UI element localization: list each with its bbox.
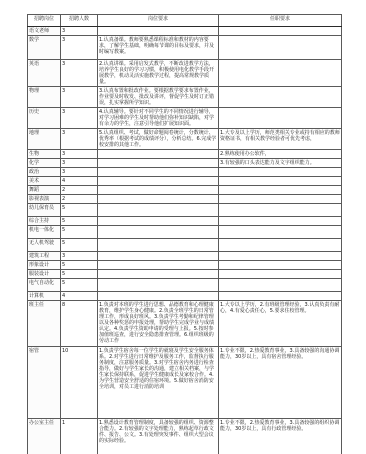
table-row: 生物 3 2.熟练使用办公软件，	[28, 150, 342, 159]
cell-position: 电气自动化	[28, 279, 61, 292]
table-row: 综合主持 5	[28, 217, 342, 226]
table-row: 宿管 10 1.负责学生宿舍每一位学生的就寝及学生安全服务体系。2.对学生进行日…	[28, 347, 342, 419]
cell-qualifications	[219, 239, 342, 252]
table-row: 语文老师 3	[28, 27, 342, 36]
cell-position: 综合主持	[28, 217, 61, 226]
cell-duties	[98, 150, 219, 159]
cell-position: 物理	[28, 87, 61, 108]
table-row: 幼儿保育员 5	[28, 204, 342, 217]
cell-position: 宿管	[28, 347, 61, 419]
cell-headcount: 5	[61, 204, 98, 217]
cell-duties	[98, 217, 219, 226]
cell-headcount: 4	[61, 292, 98, 301]
table-row: 电气自动化 5	[28, 279, 342, 292]
cell-duties: 1.负责对本班的学生进行思想、品德教育和心理健康教育，维护学生身心健康。2.负责…	[98, 301, 219, 347]
cell-qualifications	[219, 60, 342, 87]
cell-position: 化学	[28, 159, 61, 168]
table-row: 数学 3 1.认真备课。教师要熟悉课程标准和教材的内容要求，了解学生基础，明确每…	[28, 36, 342, 60]
cell-qualifications	[219, 279, 342, 292]
cell-qualifications	[219, 27, 342, 36]
cell-position: 幼儿保育员	[28, 204, 61, 217]
cell-qualifications: 2.熟练使用办公软件，	[219, 150, 342, 159]
cell-duties	[98, 279, 219, 292]
table-row: 影视表演 2	[28, 195, 342, 204]
table-row: 化学 3 3.有较强的口头表达能力及文字组织能力。	[28, 159, 342, 168]
cell-position: 历史	[28, 108, 61, 129]
cell-duties: 5.认真组织、考试，做好命题阅卷统计，分数统计、优秀率（根据考试的成绩评分），分…	[98, 129, 219, 150]
cell-headcount: 3	[61, 168, 98, 177]
cell-qualifications: 1.专业不限，2.热爱教育事业，3.具备较强的沟通协调能力，30岁以上，具有宿舍…	[219, 347, 342, 419]
cell-headcount: 10	[61, 347, 98, 419]
cell-headcount: 5	[61, 226, 98, 239]
table-row: 英语 3 2.认真讲课。采用启发式教学，不断改进教学方法，培养学生良好的学习习惯…	[28, 60, 342, 87]
cell-qualifications	[219, 252, 342, 261]
cell-duties: 1.熟悉设计教育管理制度，具备较强的组织、资源整合能力。2.有较强的文字处理能力…	[98, 419, 219, 454]
cell-duties	[98, 261, 219, 270]
cell-duties: 1.负责学生宿舍每一位学生的就寝及学生安全服务体系。2.对学生进行日常维护及服务…	[98, 347, 219, 419]
cell-qualifications	[219, 226, 342, 239]
table-row: 舞蹈 2	[28, 186, 342, 195]
cell-headcount: 3	[61, 159, 98, 168]
cell-duties	[98, 226, 219, 239]
cell-duties	[98, 252, 219, 261]
table-row: 建筑工程 3	[28, 252, 342, 261]
cell-headcount: 3	[61, 108, 98, 129]
cell-position: 地理	[28, 129, 61, 150]
cell-headcount: 5	[61, 239, 98, 252]
table-row: 形象设计 5	[28, 261, 342, 270]
table-row: 物理 3 3.认真布置和批改作业。要根据教学要求布置作业，作业要及时收发、批改及…	[28, 87, 342, 108]
table-row: 办公室主任 1 1.熟悉设计教育管理制度，具备较强的组织、资源整合能力。2.有较…	[28, 419, 342, 454]
cell-qualifications	[219, 36, 342, 60]
cell-headcount: 5	[61, 261, 98, 270]
cell-position: 生物	[28, 150, 61, 159]
cell-headcount: 5	[61, 217, 98, 226]
header-duties: 岗位要求	[98, 15, 219, 27]
cell-duties	[98, 292, 219, 301]
cell-headcount: 5	[61, 270, 98, 279]
cell-duties	[98, 27, 219, 36]
cell-qualifications	[219, 195, 342, 204]
cell-position: 服装设计	[28, 270, 61, 279]
header-headcount: 招聘人数	[61, 15, 98, 27]
table-row: 计算机 4	[28, 292, 342, 301]
cell-headcount: 8	[61, 301, 98, 347]
table-row: 地理 3 5.认真组织、考试，做好命题阅卷统计，分数统计、优秀率（根据考试的成绩…	[28, 129, 342, 150]
cell-position: 班主任	[28, 301, 61, 347]
cell-position: 办公室主任	[28, 419, 61, 454]
cell-headcount: 3	[61, 252, 98, 261]
cell-duties: 4.认真辅导。要针对不同学生的不同情况进行辅导，对学习困难的学生及时帮助他们弥补…	[98, 108, 219, 129]
cell-position: 影视表演	[28, 195, 61, 204]
cell-position: 美术	[28, 177, 61, 186]
cell-headcount: 3	[61, 27, 98, 36]
cell-headcount: 3	[61, 60, 98, 87]
cell-duties	[98, 177, 219, 186]
cell-qualifications: 1.大专及以上学历，师范类相关专业或持有相应的教师资格证书，有相关教学经验者可优…	[219, 129, 342, 150]
cell-qualifications	[219, 87, 342, 108]
cell-qualifications: 3.有较强的口头表达能力及文字组织能力。	[219, 159, 342, 168]
cell-qualifications	[219, 186, 342, 195]
cell-position: 语文老师	[28, 27, 61, 36]
recruitment-table: 招聘岗位 招聘人数 岗位要求 任职要求 语文老师 3 数学 3 1.认真备课。教…	[27, 14, 342, 454]
cell-position: 形象设计	[28, 261, 61, 270]
table-row: 政治 3	[28, 168, 342, 177]
table-row: 班主任 8 1.负责对本班的学生进行思想、品德教育和心理健康教育，维护学生身心健…	[28, 301, 342, 347]
cell-position: 计算机	[28, 292, 61, 301]
cell-duties	[98, 159, 219, 168]
cell-headcount: 1	[61, 419, 98, 454]
cell-headcount: 3	[61, 150, 98, 159]
table-row: 服装设计 5	[28, 270, 342, 279]
cell-headcount: 5	[61, 279, 98, 292]
cell-headcount: 2	[61, 195, 98, 204]
cell-headcount: 2	[61, 186, 98, 195]
table-row: 美术 4	[28, 177, 342, 186]
header-position: 招聘岗位	[28, 15, 61, 27]
cell-duties	[98, 204, 219, 217]
cell-headcount: 3	[61, 36, 98, 60]
cell-qualifications	[219, 292, 342, 301]
cell-position: 数学	[28, 36, 61, 60]
cell-position: 政治	[28, 168, 61, 177]
cell-position: 无人机驾驶	[28, 239, 61, 252]
cell-position: 英语	[28, 60, 61, 87]
cell-duties	[98, 168, 219, 177]
cell-qualifications	[219, 108, 342, 129]
cell-qualifications	[219, 204, 342, 217]
cell-duties: 3.认真布置和批改作业。要根据教学要求布置作业，作业要及时收发、批改及讲评，督促…	[98, 87, 219, 108]
cell-headcount: 4	[61, 177, 98, 186]
cell-qualifications: 1.大专以上学历，2.有班级管理经验，3.认真负责有耐心，4.有爱心责任心，5.…	[219, 301, 342, 347]
cell-duties	[98, 270, 219, 279]
cell-qualifications	[219, 217, 342, 226]
cell-qualifications	[219, 177, 342, 186]
cell-duties	[98, 186, 219, 195]
cell-headcount: 3	[61, 87, 98, 108]
table-row: 无人机驾驶 5	[28, 239, 342, 252]
cell-qualifications	[219, 270, 342, 279]
table-header-row: 招聘岗位 招聘人数 岗位要求 任职要求	[28, 15, 342, 27]
table-row: 历史 3 4.认真辅导。要针对不同学生的不同情况进行辅导，对学习困难的学生及时帮…	[28, 108, 342, 129]
cell-headcount: 3	[61, 129, 98, 150]
cell-duties: 2.认真讲课。采用启发式教学，不断改进教学方法，培养学生良好的学习习惯，积极使用…	[98, 60, 219, 87]
cell-duties	[98, 239, 219, 252]
cell-position: 舞蹈	[28, 186, 61, 195]
cell-position: 建筑工程	[28, 252, 61, 261]
header-qualifications: 任职要求	[219, 15, 342, 27]
cell-qualifications	[219, 261, 342, 270]
cell-position: 机电一体化	[28, 226, 61, 239]
cell-duties: 1.认真备课。教师要熟悉课程标准和教材的内容要求，了解学生基础，明确每节课的目标…	[98, 36, 219, 60]
table-row: 机电一体化 5	[28, 226, 342, 239]
cell-qualifications: 1.专业不限，2.热爱教育事业，3.具备较强的组织协调能力，30岁以上，具有行政…	[219, 419, 342, 454]
document-sheet: 招聘岗位 招聘人数 岗位要求 任职要求 语文老师 3 数学 3 1.认真备课。教…	[0, 0, 366, 454]
cell-qualifications	[219, 168, 342, 177]
cell-duties	[98, 195, 219, 204]
